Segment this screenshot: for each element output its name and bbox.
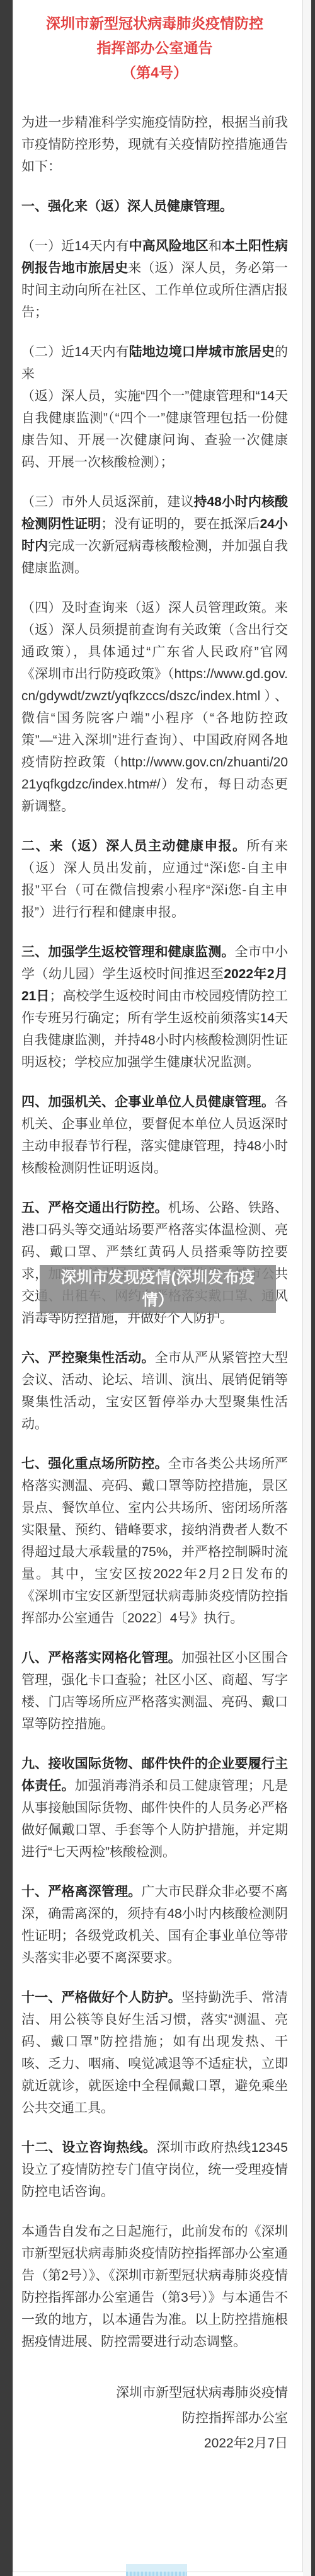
paragraph: 十二、设立咨询热线。深圳市政府热线12345设立了疫情防控专门值守岗位，统一受理… bbox=[21, 2137, 288, 2203]
text-run: 本通告自发布之日起施行，此前发布的《深圳市新型冠状病毒肺炎疫情防控指挥部办公室通… bbox=[21, 2224, 288, 2349]
paragraph: 为进一步精准科学实施疫情防控，根据当前我市疫情防控形势，现就有关疫情防控措施通告… bbox=[21, 112, 288, 178]
paragraph: 九、接收国际货物、邮件快件的企业要履行主体责任。加强消毒消杀和员工健康管理；凡是… bbox=[21, 1753, 288, 1863]
text-run: ；没有证明的，要在抵深后 bbox=[101, 517, 260, 531]
document-body: 为进一步精准科学实施疫情防控，根据当前我市疫情防控形势，现就有关疫情防控措施通告… bbox=[21, 112, 288, 2353]
paragraph: 十、严格离深管理。广大市民群众非必要不离深，确需离深的，须持有48小时内核酸检测… bbox=[21, 1881, 288, 1969]
bold-text-run: 一、强化来（返）深人员健康管理。 bbox=[21, 199, 233, 214]
bold-text-run: 陆地边境口岸城市旅居史 bbox=[129, 345, 275, 359]
signature-date: 2022年2月7日 bbox=[21, 2431, 288, 2456]
signature-block: 深圳市新型冠状病毒肺炎疫情 防控指挥部办公室 2022年2月7日 bbox=[21, 2381, 288, 2473]
bold-text-run: 八、严格落实网格化管理。 bbox=[21, 1651, 181, 1665]
text-run: 全市各类公共场所严格落实测温、亮码、戴口罩等防控措施，景区景点、餐饮单位、室内公… bbox=[21, 1457, 288, 1626]
paragraph: 八、严格落实网格化管理。加强社区小区围合管理，强化卡口查验；社区小区、商超、写字… bbox=[21, 1647, 288, 1735]
cropped-blue-element-texture bbox=[126, 2572, 187, 2576]
right-edge-strip bbox=[311, 0, 315, 2576]
bold-text-run: 十二、设立咨询热线。 bbox=[21, 2140, 156, 2155]
bold-text-run: 二、来（返）深人员主动健康申报。 bbox=[21, 839, 246, 853]
text-run: 坚持勤洗手、常清洁、用公筷等良好生活习惯，落实“测温、亮码、戴口罩”防控措施；如… bbox=[21, 1990, 288, 2115]
paragraph: 本通告自发布之日起施行，此前发布的《深圳市新型冠状病毒肺炎疫情防控指挥部办公室通… bbox=[21, 2221, 288, 2353]
bold-text-run: 十、严格离深管理。 bbox=[21, 1885, 141, 1899]
text-run: 完成一次新冠病毒核酸检测，并加强自我健康监测。 bbox=[21, 539, 288, 575]
paragraph: 十一、严格做好个人防护。坚持勤洗手、常清洁、用公筷等良好生活习惯，落实“测温、亮… bbox=[21, 1987, 288, 2119]
paragraph: （三）市外人员返深前，建议持48小时内核酸检测阴性证明；没有证明的，要在抵深后2… bbox=[21, 491, 288, 579]
bold-text-run: 七、强化重点场所防控。 bbox=[21, 1457, 168, 1471]
cropped-blue-element bbox=[126, 2564, 187, 2576]
paragraph: 六、严控聚集性活动。全市从严从紧管控大型会议、活动、论坛、培训、演出、展销促销等… bbox=[21, 1347, 288, 1435]
signature-line-org-1: 深圳市新型冠状病毒肺炎疫情 bbox=[21, 2381, 288, 2406]
paragraph: （四）及时查询来（返）深人员管理政策。来（返）深人员须提前查询有关政策（含出行交… bbox=[21, 597, 288, 817]
title-line-3: （第4号） bbox=[21, 61, 288, 85]
text-run: （一）近14天内有 bbox=[21, 239, 129, 253]
bold-text-run: 六、严控聚集性活动。 bbox=[21, 1351, 155, 1365]
bold-text-run: 十一、严格做好个人防护。 bbox=[21, 1990, 181, 2005]
bold-text-run: 中高风险地区 bbox=[129, 239, 209, 253]
bold-text-run: 四、加强机关、企事业单位人员健康管理。 bbox=[21, 1095, 275, 1109]
paragraph: 七、强化重点场所防控。全市各类公共场所严格落实测温、亮码、戴口罩等防控措施，景区… bbox=[21, 1453, 288, 1629]
bold-text-run: 三、加强学生返校管理和健康监测。 bbox=[21, 945, 235, 959]
text-run: 和 bbox=[209, 239, 222, 253]
signature-line-org-2: 防控指挥部办公室 bbox=[21, 2406, 288, 2431]
title-line-2: 指挥部办公室通告 bbox=[21, 36, 288, 61]
paragraph: 四、加强机关、企事业单位人员健康管理。各机关、企事业单位，要督促本单位人员返深时… bbox=[21, 1091, 288, 1179]
text-run: （二）近14天内有 bbox=[21, 345, 129, 359]
paragraph: 一、强化来（返）深人员健康管理。 bbox=[21, 195, 288, 217]
page-title: 深圳市新型冠状病毒肺炎疫情防控 指挥部办公室通告 （第4号） bbox=[21, 11, 288, 85]
text-run: ；高校学生返校时间由市校园疫情防控工作专班另行确定；所有学生返校前须落实14天自… bbox=[21, 989, 288, 1070]
notice-page: 深圳市新型冠状病毒肺炎疫情防控 指挥部办公室通告 （第4号） 为进一步精准科学实… bbox=[13, 0, 303, 2572]
text-run: 为进一步精准科学实施疫情防控，根据当前我市疫情防控形势，现就有关疫情防控措施通告… bbox=[21, 115, 288, 174]
text-run: （四）及时查询来（返）深人员管理政策。来（返）深人员须提前查询有关政策（含出行交… bbox=[21, 601, 288, 814]
paragraph: 二、来（返）深人员主动健康申报。所有来（返）深人员出发前，应通过“深i您-自主申… bbox=[21, 835, 288, 923]
text-run: （返）深人员，实施“四个一”健康管理和“14天自我健康监测”（“四个一”健康管理… bbox=[21, 389, 288, 470]
title-line-1: 深圳市新型冠状病毒肺炎疫情防控 bbox=[21, 11, 288, 36]
paragraph: （二）近14天内有陆地边境口岸城市旅居史的来（返）深人员，实施“四个一”健康管理… bbox=[21, 341, 288, 473]
paragraph: 三、加强学生返校管理和健康监测。全市中小学（幼儿园）学生返校时间推迟至2022年… bbox=[21, 941, 288, 1073]
watermark-overlay: 深圳市发现疫情(深圳发布疫情） bbox=[40, 1265, 276, 1313]
bold-text-run: 五、严格交通出行防控。 bbox=[21, 1201, 168, 1215]
text-run: （三）市外人员返深前，建议 bbox=[21, 495, 193, 509]
paragraph: （一）近14天内有中高风险地区和本土阳性病例报告地市旅居史来（返）深人员，务必第… bbox=[21, 235, 288, 323]
